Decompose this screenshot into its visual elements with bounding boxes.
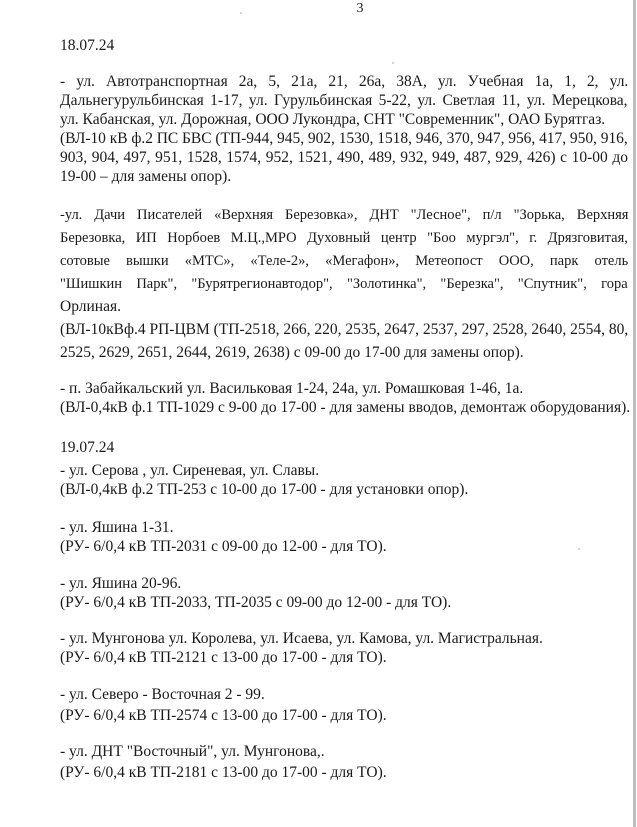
scan-speck	[392, 62, 394, 64]
page-edge-border	[633, 0, 636, 827]
section-date: 18.07.24	[60, 37, 114, 55]
entry-line: "Шишкин Парк", "Бурятрегионавтодор", "Зо…	[60, 275, 628, 293]
entry-line: ул. Кабанская, ул. Дорожная, ООО Лукондр…	[60, 111, 605, 129]
section-date: 19.07.24	[60, 439, 114, 457]
entry-line: - п. Забайкальский ул. Васильковая 1-24,…	[60, 380, 523, 398]
entry-line: сотовые вышки «МТС», «Теле-2», «Мегафон»…	[60, 252, 628, 270]
entry-line: Березовка, ИП Норбоев М.Ц.,МРО Духовный …	[60, 229, 628, 247]
entry-line: 19-00 – для замены опор).	[60, 168, 231, 186]
entry-line: - ул. Мунгонова ул. Королева, ул. Исаева…	[60, 630, 543, 648]
entry-line: (РУ- 6/0,4 кВ ТП-2033, ТП-2035 с 09-00 д…	[60, 594, 451, 612]
entry-line: 2525, 2629, 2651, 2644, 2619, 2638) с 09…	[60, 344, 524, 362]
entry-line: 903, 904, 497, 951, 1528, 1574, 952, 152…	[60, 149, 628, 167]
entry-line: (ВЛ-10 кВ ф.2 ПС БВС (ТП-944, 945, 902, …	[60, 130, 628, 148]
entry-line: Орлиная.	[60, 298, 121, 316]
scan-speck	[578, 548, 580, 550]
entry-line: (РУ- 6/0,4 кВ ТП-2031 с 09-00 до 12-00 -…	[60, 538, 387, 556]
entry-line: -ул. Дачи Писателей «Верхняя Березовка»,…	[60, 206, 628, 224]
entry-line: (РУ- 6/0,4 кВ ТП-2121 с 13-00 до 17-00 -…	[60, 649, 387, 667]
entry-line: - ул. Автотранспортная 2а, 5, 21а, 21, 2…	[60, 73, 628, 91]
entry-line: - ул. Яшина 20-96.	[60, 575, 181, 593]
entry-line: (РУ- 6/0,4 кВ ТП-2181 с 13-00 до 17-00 -…	[60, 764, 387, 782]
entry-line: Дальнегурульбинская 1-17, ул. Гурульбинс…	[60, 92, 628, 110]
entry-line: (ВЛ-0,4кВ ф.2 ТП-253 с 10-00 до 17-00 - …	[60, 481, 468, 499]
entry-line: (ВЛ-0,4кВ ф.1 ТП-1029 с 9-00 до 17-00 - …	[60, 399, 630, 417]
entry-line: - ул. Яшина 1-31.	[60, 519, 174, 537]
entry-line: - ул. Серова , ул. Сиреневая, ул. Славы.	[60, 462, 319, 480]
page-number: 3	[0, 1, 637, 17]
entry-line: - ул. ДНТ "Восточный", ул. Мунгонова,.	[60, 743, 325, 761]
entry-line: (ВЛ-10кВф.4 РП-ЦВМ (ТП-2518, 266, 220, 2…	[60, 321, 628, 339]
entry-line: - ул. Северо - Восточная 2 - 99.	[60, 686, 265, 704]
entry-line: (РУ- 6/0,4 кВ ТП-2574 с 13-00 до 17-00 -…	[60, 707, 387, 725]
